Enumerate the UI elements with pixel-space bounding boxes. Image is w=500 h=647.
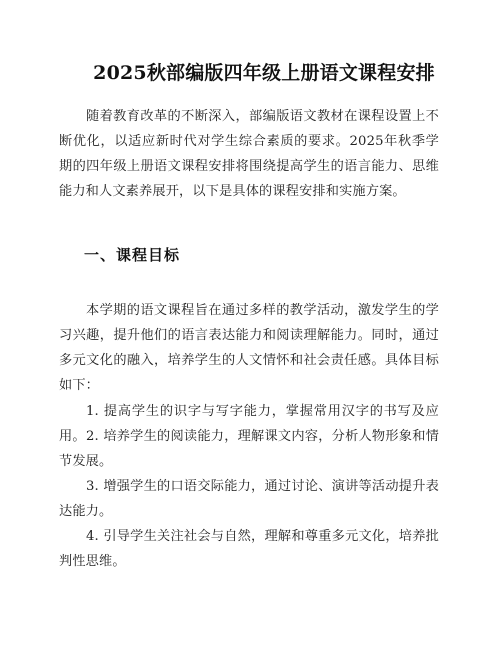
section-heading-course-goals: 一、课程目标 (84, 244, 180, 265)
section-body-paragraph: 本学期的语文课程旨在通过多样的教学活动，激发学生的学习兴趣，提升他们的语言表达能… (59, 298, 439, 398)
document-title: 2025秋部编版四年级上册语文课程安排 (0, 58, 500, 85)
goal-list-item-2: 2. 培养学生的阅读能力，理解课文内容，分析人物形象和情节发展。 (59, 424, 439, 474)
intro-paragraph: 随着教育改革的不断深入，部编版语文教材在课程设置上不断优化，以适应新时代对学生综… (59, 104, 439, 204)
goal-list-item-3: 3. 增强学生的口语交际能力，通过讨论、演讲等活动提升表达能力。 (59, 474, 439, 524)
goal-list-item-4: 4. 引导学生关注社会与自然，理解和尊重多元文化，培养批判性思维。 (59, 524, 439, 574)
document-page: 2025秋部编版四年级上册语文课程安排 随着教育改革的不断深入，部编版语文教材在… (0, 0, 500, 647)
